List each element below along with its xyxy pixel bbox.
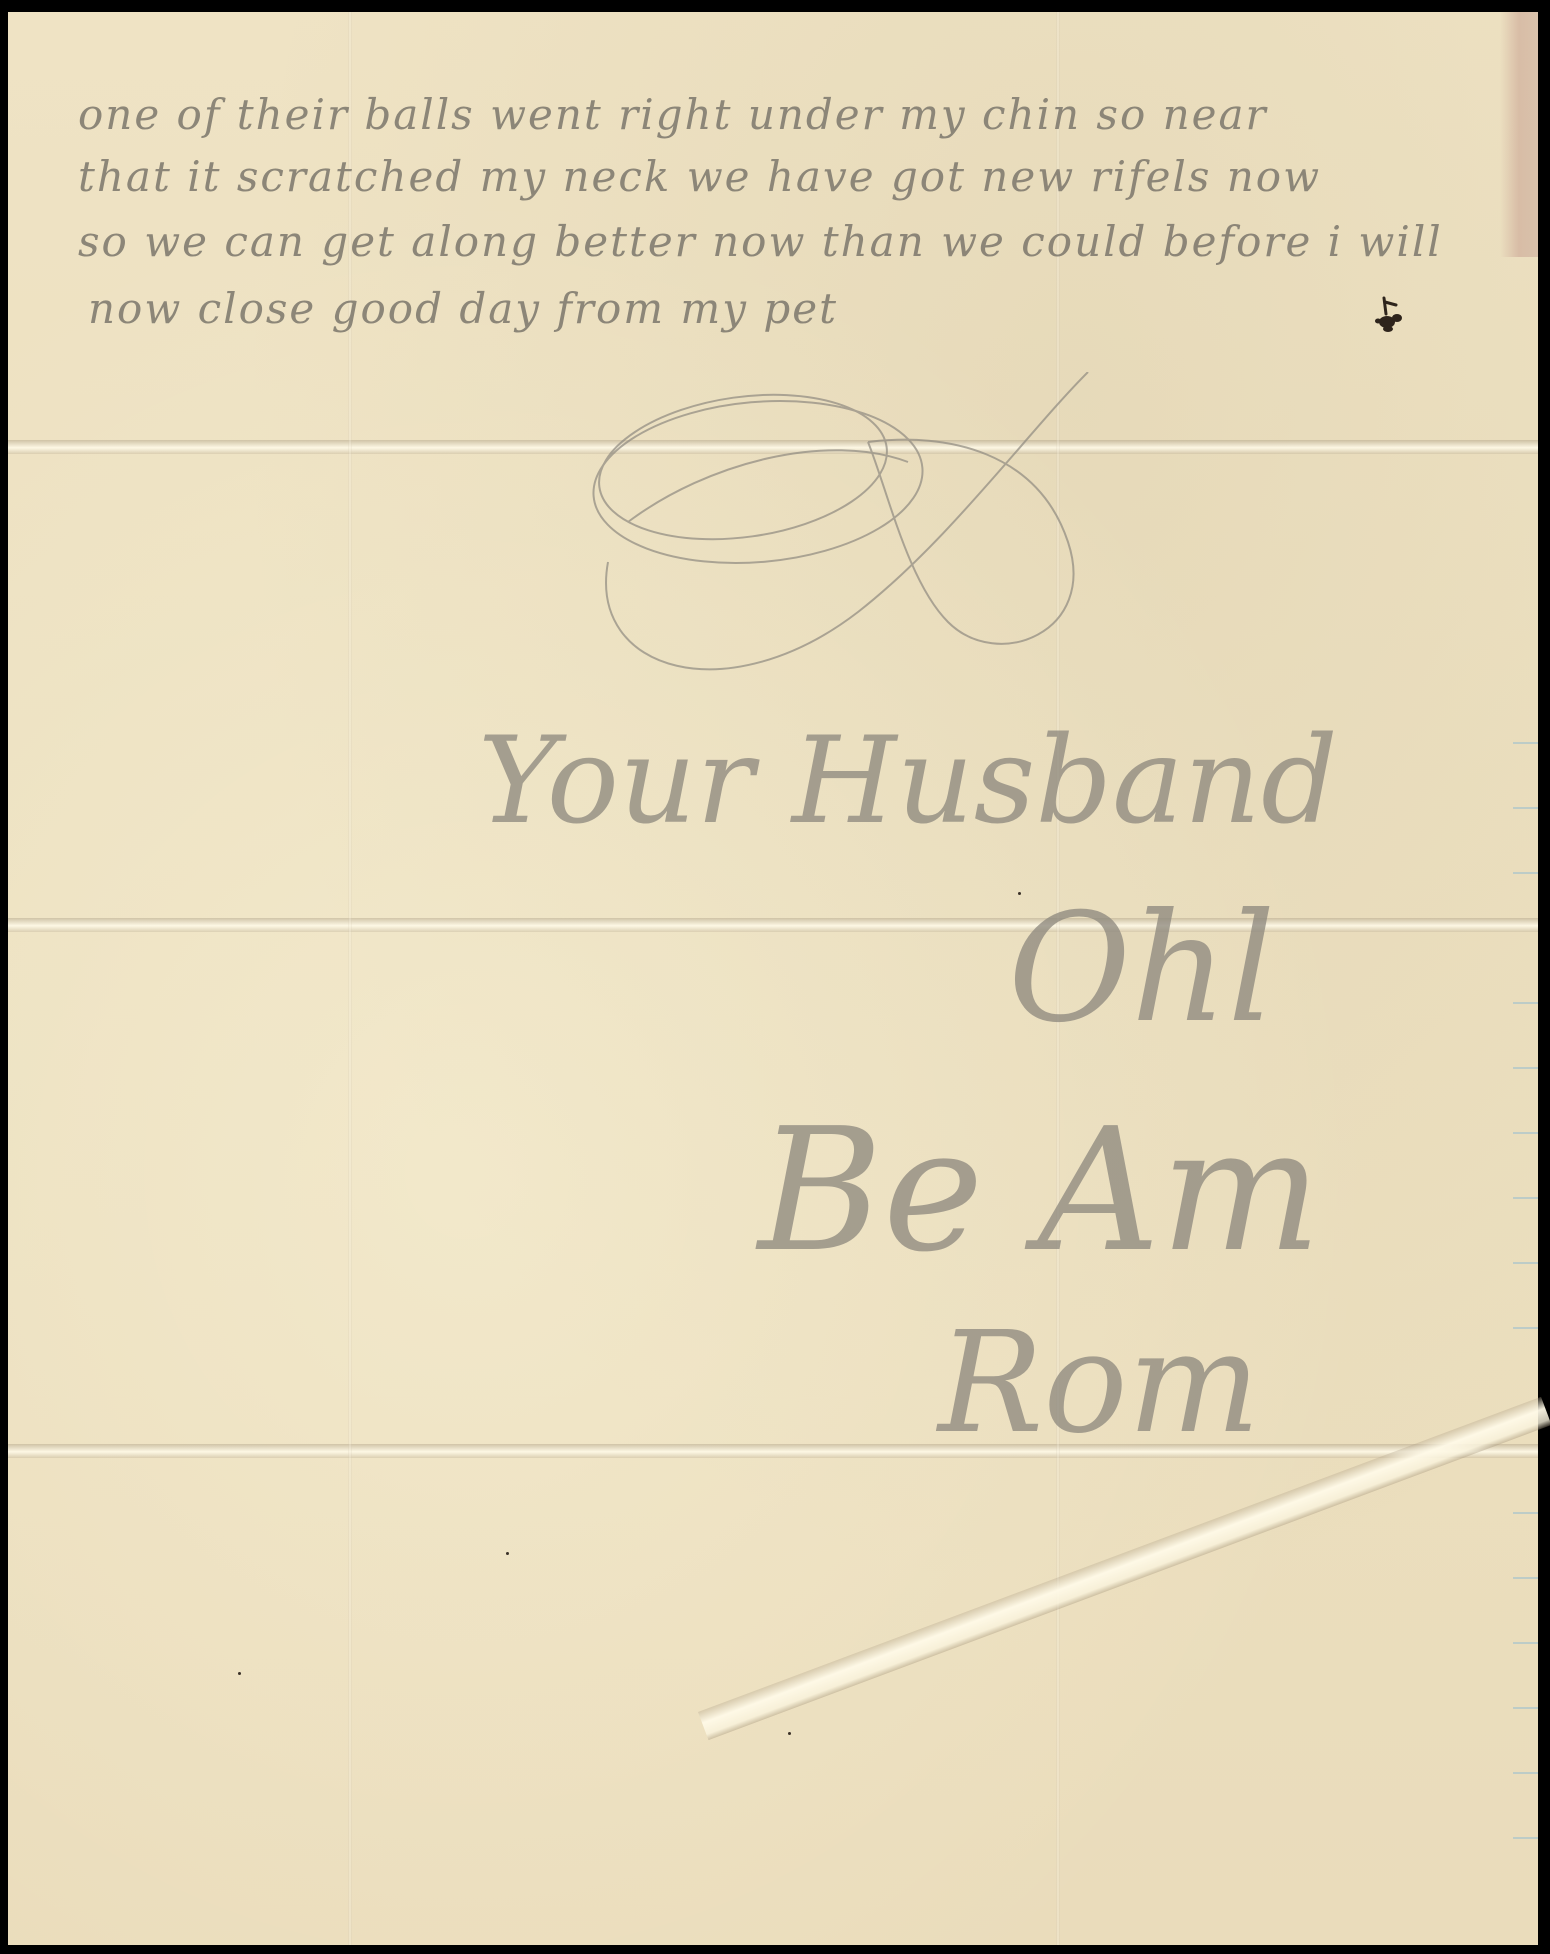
ruled-line-tick (1513, 742, 1538, 744)
paper-speck (1018, 892, 1021, 895)
ruled-line-tick (1513, 1132, 1538, 1134)
closing-line-3: Be Am (758, 1092, 1322, 1290)
ruled-line-tick (1513, 1577, 1538, 1579)
pencil-flourish-icon (568, 372, 1168, 702)
ruled-line-tick (1513, 1262, 1538, 1264)
ruled-line-tick (1513, 1067, 1538, 1069)
edge-stain (1500, 12, 1538, 257)
letter-line: one of their balls went right under my c… (78, 90, 1268, 139)
ruled-line-tick (1513, 1327, 1538, 1329)
ink-blot-icon (1370, 294, 1410, 338)
letter-line: now close good day from my pet (88, 284, 838, 333)
ruled-line-tick (1513, 872, 1538, 874)
paper-speck (788, 1732, 791, 1735)
closing-line-4: Rom (938, 1302, 1260, 1465)
ruled-line-tick (1513, 1002, 1538, 1004)
letter-line: that it scratched my neck we have got ne… (78, 152, 1321, 201)
ruled-line-tick (1513, 1512, 1538, 1514)
paper-speck (506, 1552, 509, 1555)
horizontal-fold-crease (8, 1444, 1538, 1458)
letter-page: one of their balls went right under my c… (8, 12, 1538, 1945)
ruled-line-tick (1513, 1642, 1538, 1644)
ruled-line-tick (1513, 1707, 1538, 1709)
horizontal-fold-crease (8, 918, 1538, 932)
letter-line: so we can get along better now than we c… (78, 217, 1443, 266)
ruled-line-tick (1513, 1837, 1538, 1839)
paper-speck (238, 1672, 241, 1675)
closing-your-husband: Your Husband (478, 712, 1338, 851)
ruled-line-tick (1513, 1197, 1538, 1199)
ruled-line-tick (1513, 807, 1538, 809)
ruled-line-tick (1513, 1772, 1538, 1774)
closing-line-2: Ohl (1008, 882, 1276, 1056)
